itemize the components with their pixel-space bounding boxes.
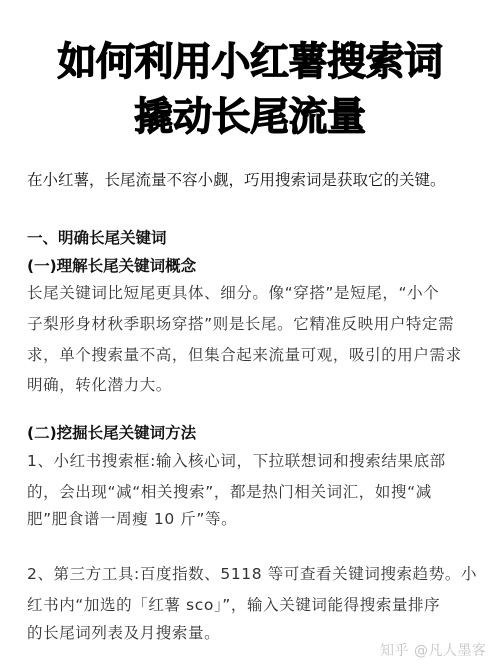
intro-text: 在小红薯，长尾流量不容小觑，巧用搜索词是获取它的关键。 <box>27 170 446 190</box>
subsection-heading-2: (二)挖掘长尾关键词方法 <box>27 423 196 443</box>
paragraph-line: 长尾关键词比短尾更具体、细分。像“穿搭”是短尾，“小个 <box>27 283 439 303</box>
list-item-line: 的，会出现“减“相关搜索”，都是热门相关词汇，如搜“减 <box>27 482 432 502</box>
paragraph-line: 明确，转化潜力大。 <box>27 375 172 395</box>
list-item-line: 的长尾词列表及月搜索量。 <box>27 623 220 643</box>
list-item-line: 肥”肥食谱一周瘦 10 斤”等。 <box>27 509 237 529</box>
list-item-line: 1、小红书搜索框:输入核心词，下拉联想词和搜索结果底部 <box>27 451 446 471</box>
subsection-heading-1: (一)理解长尾关键词概念 <box>27 256 196 276</box>
paragraph-line: 子梨形身材秋季职场穿搭”则是长尾。它精准反映用户特定需 <box>27 314 454 334</box>
page-title-line-1: 如何利用小红薯搜索词 <box>0 40 500 86</box>
paragraph-line: 求，单个搜索量不高，但集合起来流量可观，吸引的用户需求 <box>27 345 462 365</box>
page-title-line-2: 撬动长尾流量 <box>0 95 500 141</box>
watermark: 知乎 @凡人墨客 <box>380 642 486 660</box>
list-item-line: 2、第三方工具:百度指数、5118 等可查看关键词搜索趋势。小 <box>27 564 477 584</box>
section-heading: 一、明确长尾关键词 <box>27 228 167 248</box>
list-item-line: 红书内“加选的「红薯 sco」”，输入关键词能得搜索量排序 <box>27 595 440 615</box>
